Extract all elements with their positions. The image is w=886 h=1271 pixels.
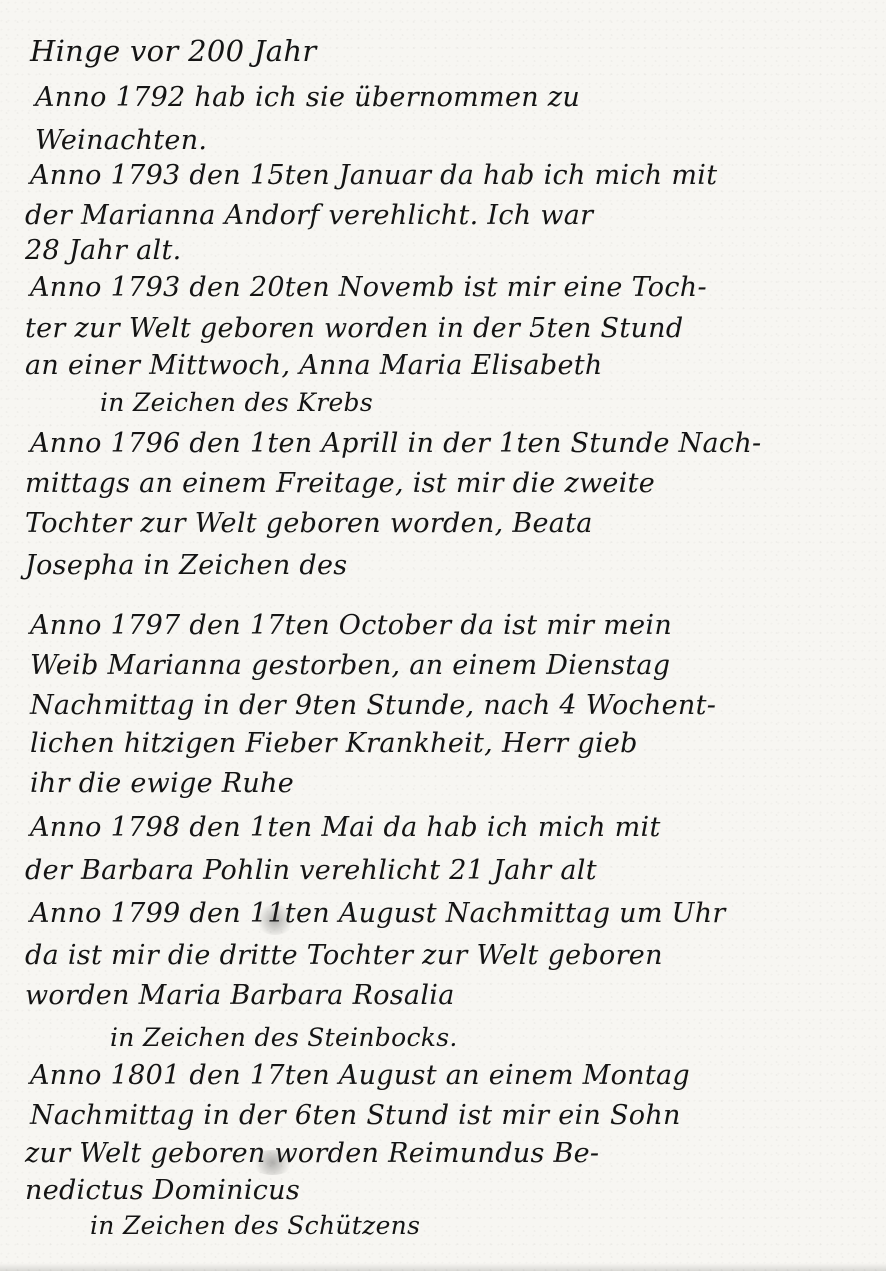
entry-1796-birth-line-4: Josepha in Zeichen des [25, 550, 347, 582]
entry-1801-birth-line-2: Nachmittag in der 6ten Stund ist mir ein… [30, 1100, 681, 1132]
entry-1797-death-line-4: lichen hitzigen Fieber Krankheit, Herr g… [30, 728, 638, 760]
entry-1801-birth-line-1: Anno 1801 den 17ten August an einem Mont… [30, 1060, 690, 1092]
entry-1796-birth-line-3: Tochter zur Welt geboren worden, Beata [25, 508, 593, 540]
entry-1799-birth-line-3: worden Maria Barbara Rosalia [25, 980, 455, 1012]
entry-1801-birth-line-4: nedictus Dominicus [25, 1175, 300, 1207]
entry-1796-birth-line-1: Anno 1796 den 1ten Aprill in der 1ten St… [30, 428, 761, 460]
entry-1799-birth-line-2: da ist mir die dritte Tochter zur Welt g… [25, 940, 663, 972]
ink-smudge [255, 905, 295, 935]
entry-1801-birth-zodiac: in Zeichen des Schützens [90, 1210, 420, 1242]
entry-1793-birth-line-1: Anno 1793 den 20ten Novemb ist mir eine … [30, 272, 707, 304]
entry-1796-birth-line-2: mittags an einem Freitage, ist mir die z… [25, 468, 655, 500]
entry-1793-marriage-line-2: der Marianna Andorf verehlicht. Ich war [25, 200, 593, 232]
entry-1798-marriage-line-1: Anno 1798 den 1ten Mai da hab ich mich m… [30, 812, 661, 844]
entry-1792-line-1: Anno 1792 hab ich sie übernommen zu [35, 82, 580, 114]
entry-1797-death-line-1: Anno 1797 den 17ten October da ist mir m… [30, 610, 672, 642]
entry-1797-death-line-2: Weib Marianna gestorben, an einem Dienst… [30, 650, 670, 682]
entry-1792-line-2: Weinachten. [35, 125, 207, 157]
entry-1801-birth-line-3: zur Welt geboren worden Reimundus Be- [25, 1138, 599, 1170]
entry-1793-birth-line-2: ter zur Welt geboren worden in der 5ten … [25, 313, 683, 345]
entry-1797-death-line-5: ihr die ewige Ruhe [30, 768, 294, 800]
ink-smudge [250, 1150, 295, 1175]
page-edge [0, 1263, 886, 1271]
entry-1793-marriage-line-1: Anno 1793 den 15ten Januar da hab ich mi… [30, 160, 717, 192]
entry-1799-birth-line-1: Anno 1799 den 11ten August Nachmittag um… [30, 898, 726, 930]
entry-1793-marriage-line-3: 28 Jahr alt. [25, 235, 182, 267]
entry-1793-birth-line-3: an einer Mittwoch, Anna Maria Elisabeth [25, 350, 603, 382]
heading-line: Hinge vor 200 Jahr [30, 35, 317, 67]
entry-1797-death-line-3: Nachmittag in der 9ten Stunde, nach 4 Wo… [30, 690, 716, 722]
entry-1799-birth-zodiac: in Zeichen des Steinbocks. [110, 1022, 458, 1054]
entry-1793-birth-zodiac: in Zeichen des Krebs [100, 387, 373, 419]
entry-1798-marriage-line-2: der Barbara Pohlin verehlicht 21 Jahr al… [25, 855, 597, 887]
manuscript-page: Hinge vor 200 Jahr Anno 1792 hab ich sie… [0, 0, 886, 1271]
